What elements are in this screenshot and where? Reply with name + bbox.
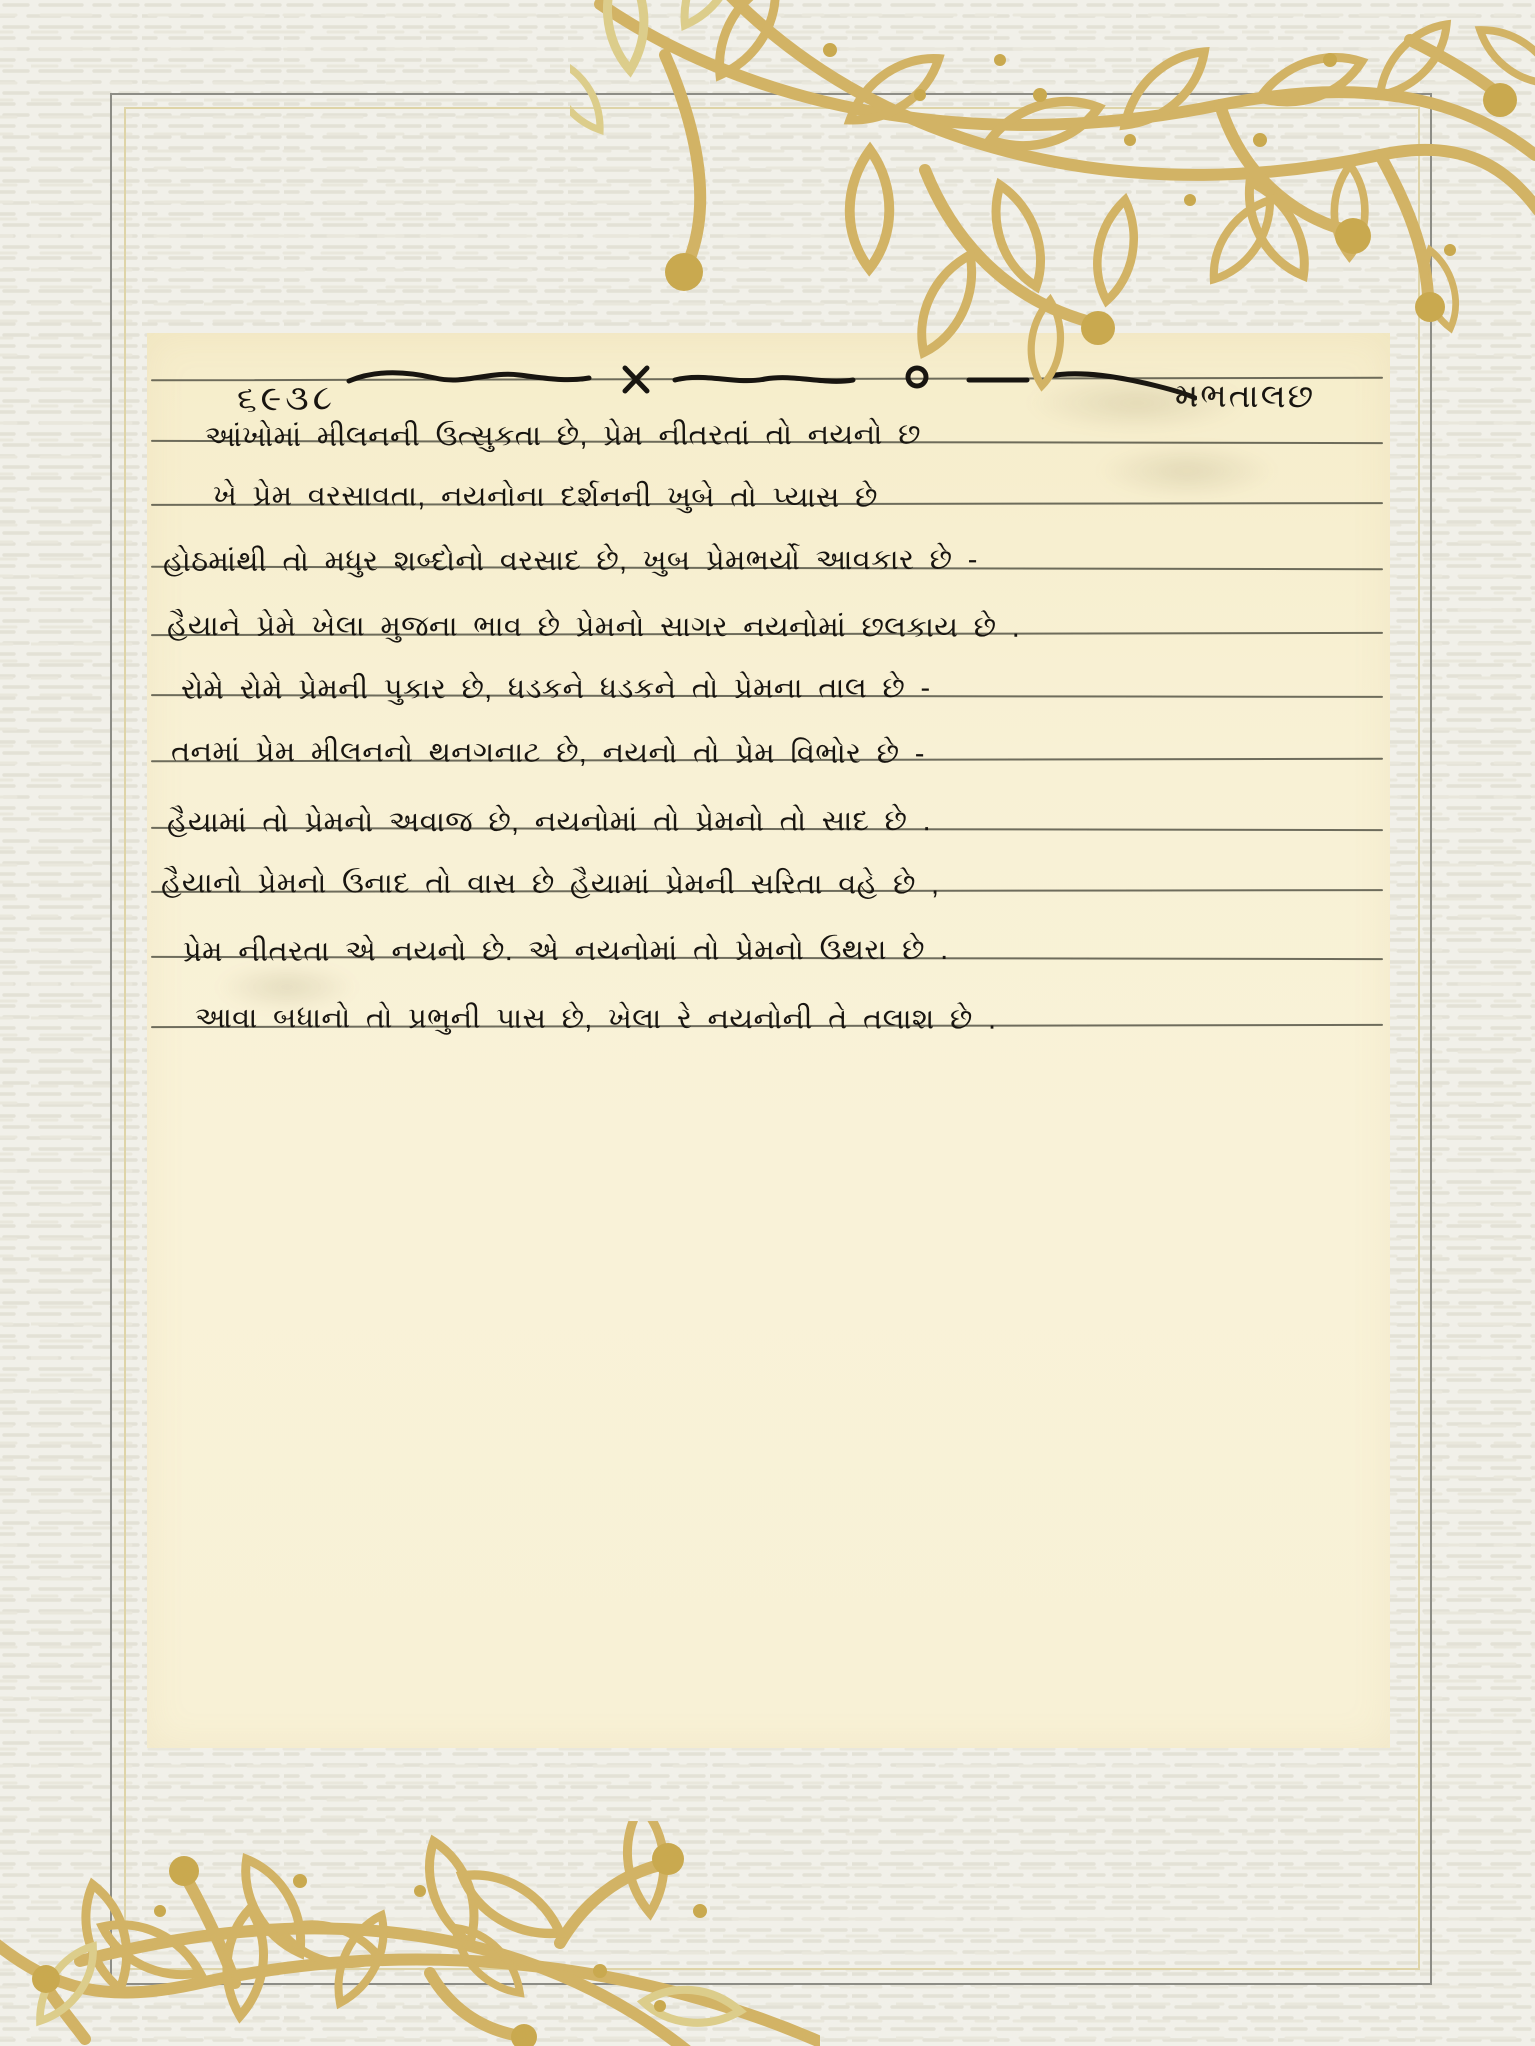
ink-bleed-smudge [217, 963, 357, 1011]
manuscript-line: રોમે રોમે પ્રેમની પુકાર છે, ધડકને ધડકને … [181, 672, 930, 706]
manuscript-line: હૈયામાં તો પ્રેમનો અવાજ છે, નયનોમાં તો પ… [167, 805, 931, 840]
header-number: ૬૯૩૮ [237, 378, 337, 420]
manuscript-line: હૈયાનો પ્રેમનો ઉનાદ તો વાસ છે હૈયામાં પ્… [161, 867, 939, 901]
manuscript-line: તનમાં પ્રેમ મીલનનો થનગનાટ છે, નયનો તો પ્… [171, 736, 925, 771]
ink-bleed-smudge [1097, 443, 1277, 499]
manuscript-line: હોઠમાંથી તો મધુર શબ્દોનો વરસાદ છે, ખુબ પ… [163, 544, 978, 579]
gold-branch-ornament-bottom-left [0, 1821, 820, 2046]
page-background: { "document": { "kind": "scanned handwri… [0, 0, 1535, 2046]
scanned-paper: ૬૯૩૮ મભતાલછ આંખોમાં મીલનની ઉત્સુકતા છે, … [147, 333, 1390, 1748]
manuscript-line: હૈયાને પ્રેમે ખેલા મુજના ભાવ છે પ્રેમનો … [167, 610, 1020, 644]
gold-branch-ornament-top-right [570, 0, 1535, 435]
manuscript-line: ખે પ્રેમ વરસાવતા, નયનોના દર્શનની ખુબે તો… [213, 480, 878, 515]
